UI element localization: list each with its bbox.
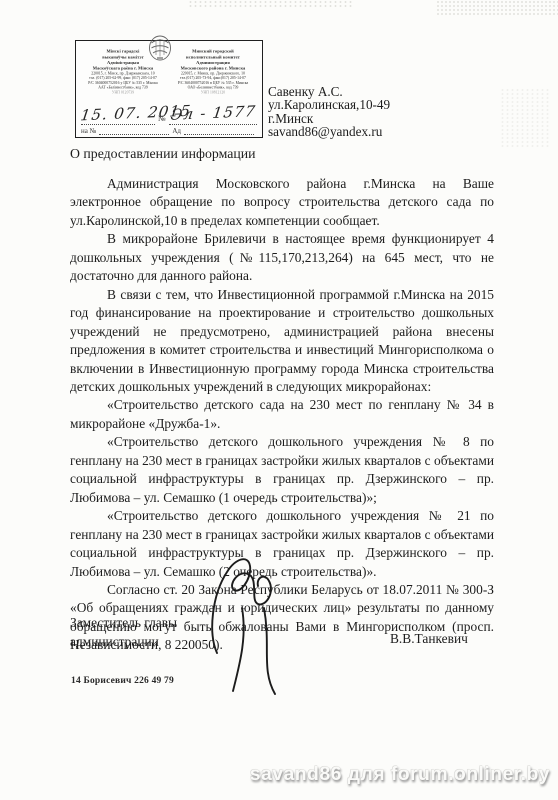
letterhead-line: Мінскі гарадскі [80, 49, 167, 55]
letterhead-columns: Мінскі гарадсківыканаўчы камітэтАдмініст… [78, 48, 258, 102]
letterhead-russian-column: Минский городскойисполнительный комитетА… [168, 48, 258, 95]
date-number-row: 15. 07. 2015 № Эл - 1577 [81, 97, 257, 125]
handwritten-signature [203, 551, 311, 697]
reply-from-label: Ад [172, 127, 181, 135]
recipient-line: savand86@yandex.ru [268, 125, 390, 138]
handwritten-outgoing-number: Эл - 1577 [169, 105, 257, 125]
letterhead-belarusian-column: Мінскі гарадсківыканаўчы камітэтАдмініст… [78, 48, 168, 95]
scan-noise [500, 88, 550, 148]
letterhead-line: УНП 0120739 [80, 90, 167, 95]
recipient-line: г.Минск [268, 112, 390, 125]
scan-noise [188, 0, 353, 9]
blank-line [99, 127, 169, 135]
body-paragraph: В микрорайоне Брилевичи в настоящее врем… [70, 230, 494, 285]
forum-watermark: savand86 для forum.onliner.by [250, 763, 550, 786]
letterhead-line: УНП 10812120 [170, 90, 257, 95]
reply-reference-row: на № Ад [81, 127, 257, 135]
body-paragraph: «Строительство детского сада на 230 мест… [70, 396, 494, 433]
letterhead-line: Минский городской [170, 49, 257, 55]
recipient-line: Савенку А.С. [268, 85, 390, 98]
handwritten-number-text: Эл - 1577 [169, 104, 256, 123]
scanned-letter-page: Мінскі гарадсківыканаўчы камітэтАдмініст… [0, 0, 558, 800]
signer-position: Заместитель главы администрации [70, 613, 177, 651]
body-paragraph: В связи с тем, что Инвестиционной програ… [70, 286, 494, 397]
recipient-address-block: Савенку А.С.ул.Каролинская,10-49г.Минскs… [268, 85, 390, 139]
body-paragraph: Администрация Московского района г.Минск… [70, 175, 494, 230]
letterhead-stamp: Мінскі гарадсківыканаўчы камітэтАдмініст… [75, 40, 263, 138]
blank-line [184, 127, 254, 135]
signer-name: В.В.Танкевич [390, 631, 468, 647]
scan-noise [436, 0, 558, 16]
executor-note: 14 Борисевич 226 49 79 [71, 676, 174, 686]
body-paragraph: «Строительство детского дошкольного учре… [70, 433, 494, 507]
signer-position-line2: администрации [70, 632, 177, 651]
handwritten-date: 15. 07. 2015 [81, 105, 155, 125]
recipient-line: ул.Каролинская,10-49 [268, 98, 390, 111]
reply-ref-label: на № [81, 127, 96, 135]
signer-position-line1: Заместитель главы [70, 613, 177, 632]
subject-line: О предоставлении информации [70, 146, 256, 162]
